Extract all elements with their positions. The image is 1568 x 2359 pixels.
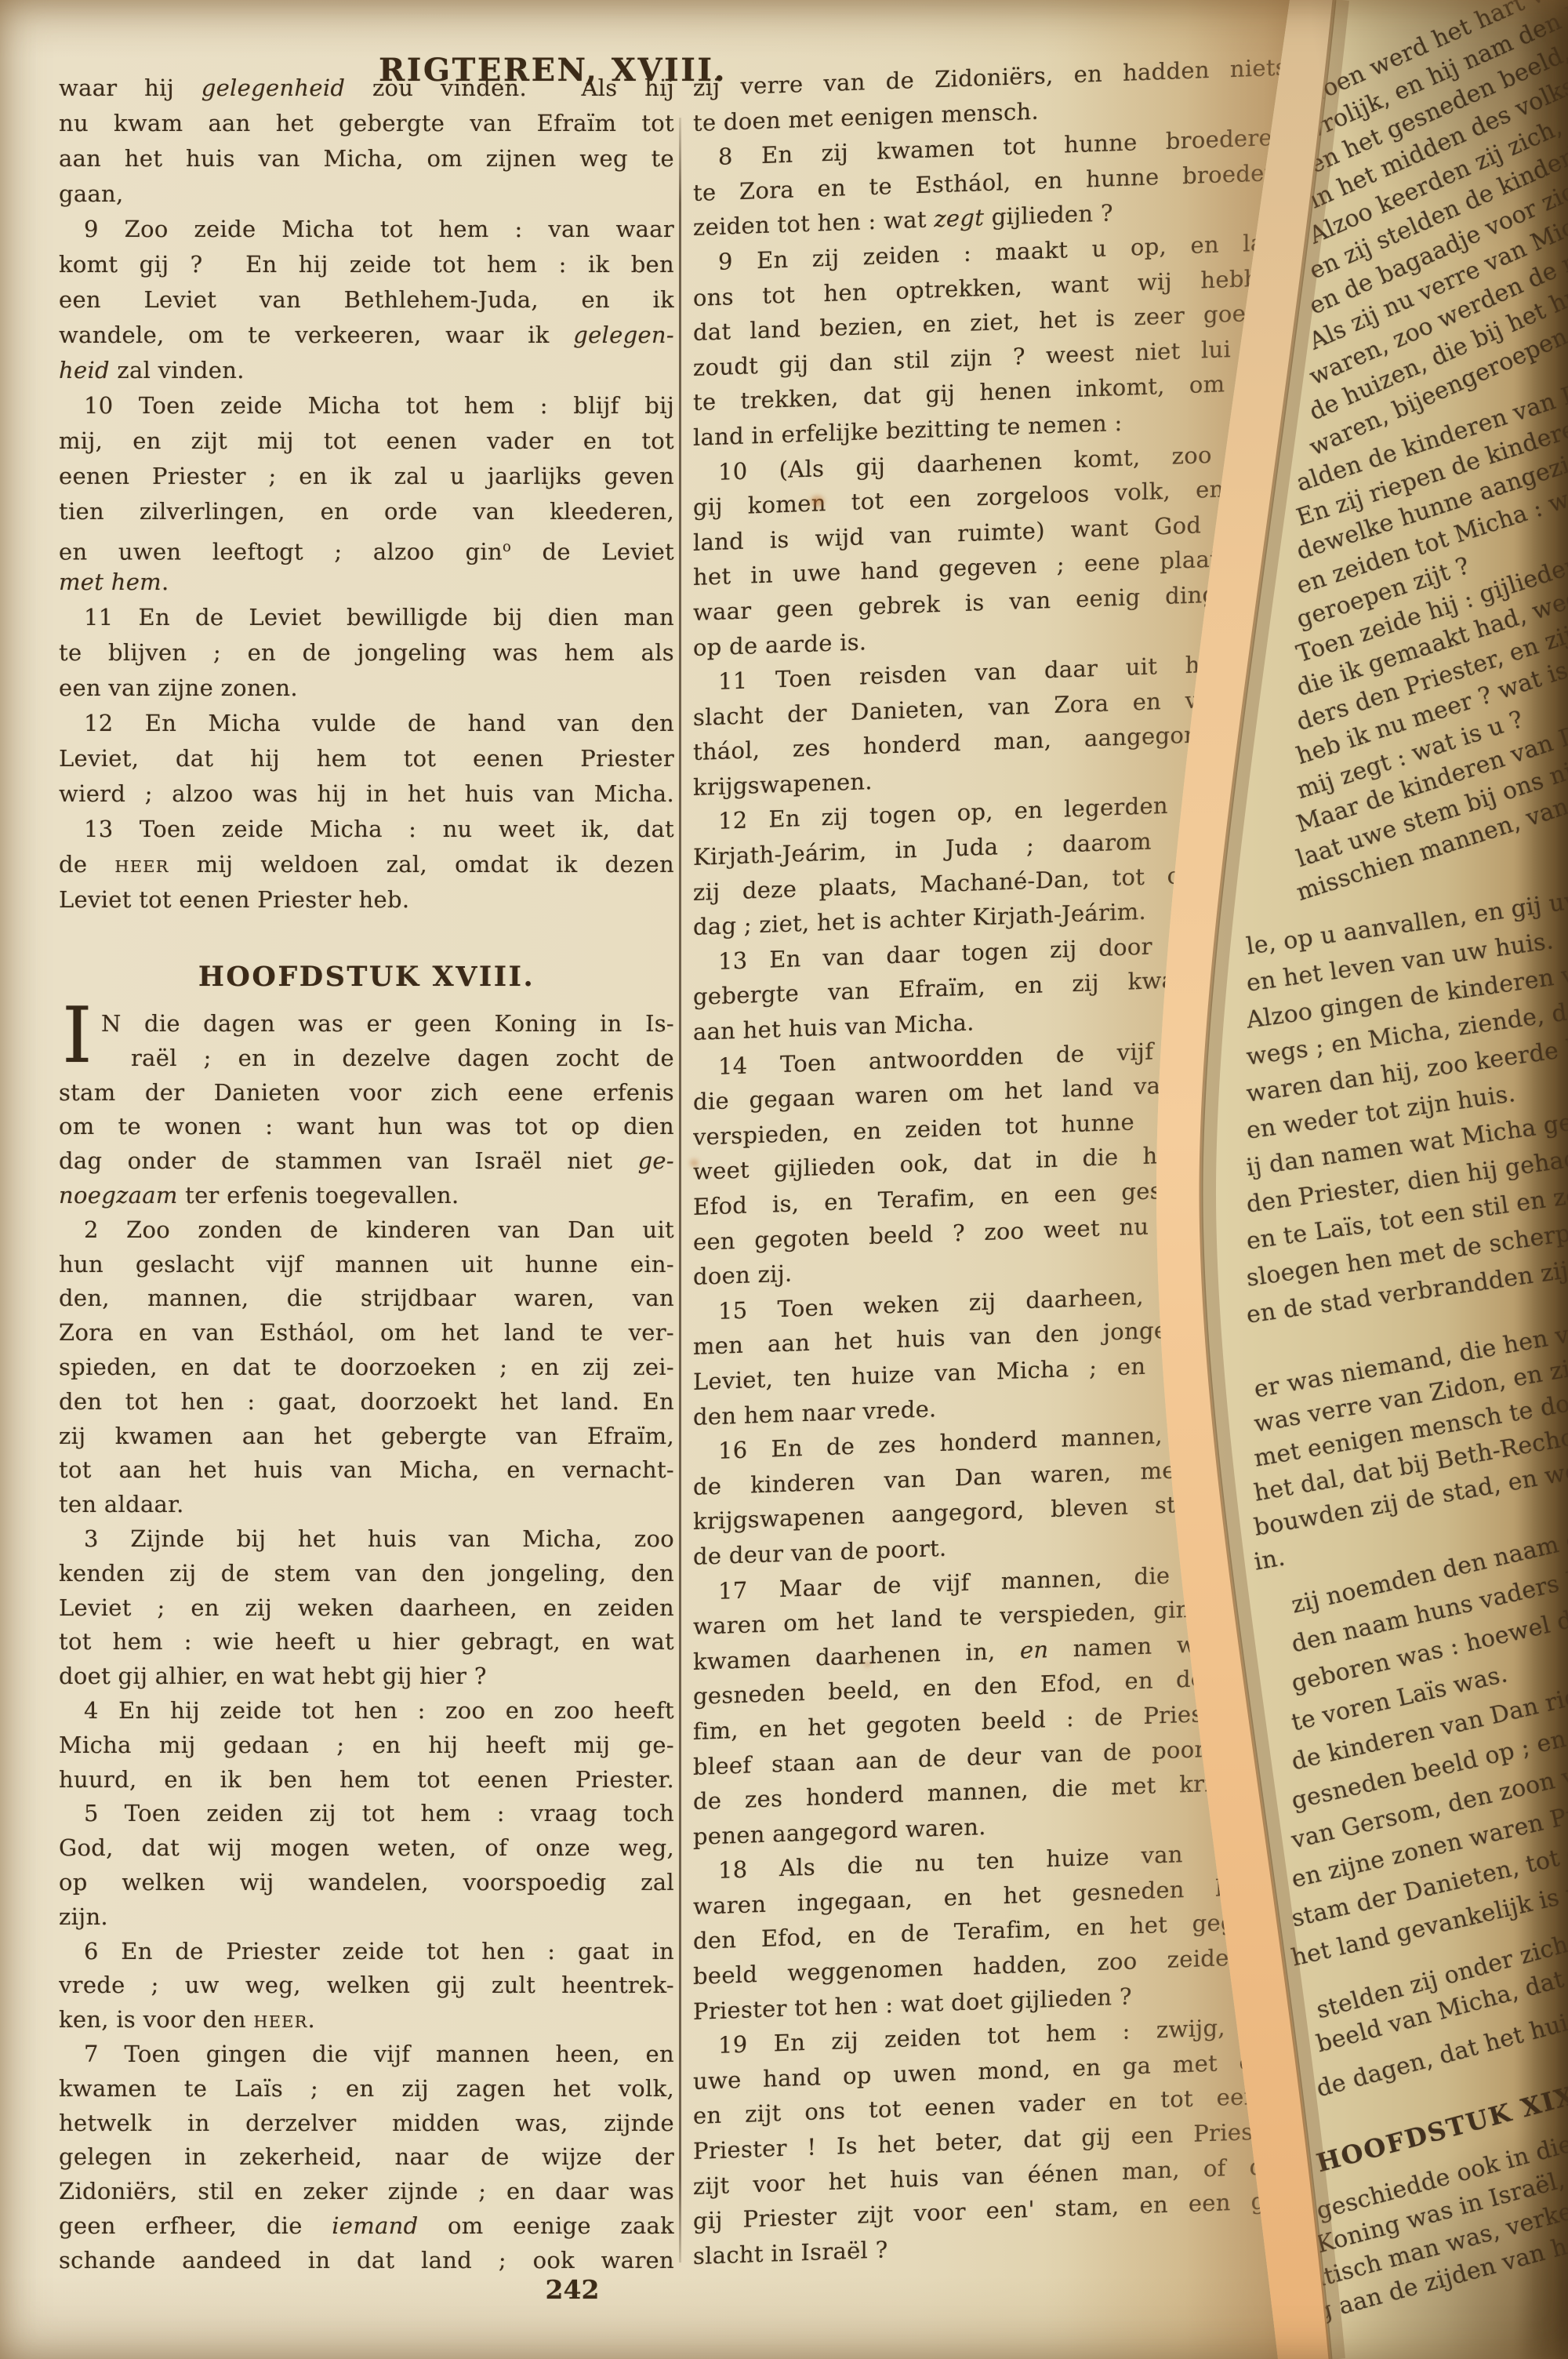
text-line: wierd ; alzoo was hij in het huis van Mi… [59, 776, 674, 812]
facing-top-line: in het midden des volks. [1305, 69, 1568, 214]
facing-upper-line: heb ik nu meer ? wat is het dan, da [1294, 612, 1568, 770]
facing-upper-line: misschien mannen, van bittere [1294, 765, 1568, 907]
facing-upper-line: ders den Priester, en zijt weggegaan [1294, 572, 1568, 736]
facing-top-line: Toen werd het hart van den Pr [1305, 0, 1568, 108]
text-line: Leviet ; en zij weken daarheen, en zeide… [59, 1591, 674, 1626]
text-line: den tot hen : gaat, doorzoekt het land. … [59, 1385, 674, 1419]
page-number: 242 [539, 2274, 605, 2305]
text-line: een Leviet van Bethlehem-Juda, en ik [59, 282, 674, 318]
text-line: stam der Danieten voor zich eene erfenis [59, 1076, 674, 1110]
facing-bottom-line: Koning was in Israël, dat er [1313, 2146, 1568, 2259]
facing-lower-line: en zijne zonen waren Priesters [1289, 1783, 1568, 1894]
text-line: hun geslacht vijf mannen uit hunne ein- [59, 1248, 674, 1282]
facing-middle-line: en de stad verbrandden zij met [1245, 1249, 1568, 1329]
text-line: zijn. [59, 1900, 674, 1935]
text-line: tien zilverlingen, en orde van kleederen… [59, 494, 674, 529]
left-column-upper-lines: waar hij gelegenheid zou vinden. Als hij… [59, 71, 674, 918]
right-text-column: zij verre van de Zidoniërs, en hadden ni… [693, 50, 1287, 2274]
facing-lower-line: de kinderen van Dan rigtten voor [1289, 1658, 1568, 1776]
text-line: een van zijne zonen. [59, 671, 674, 706]
facing-lower-line: te voren Laïs was. [1289, 1660, 1510, 1736]
left-text-column: waar hij gelegenheid zou vinden. Als hij… [59, 71, 674, 2277]
text-line: Micha mij gedaan ; en hij heeft mij ge- [59, 1728, 674, 1763]
facing-lower-line: zij noemden den naam der stad [1289, 1507, 1568, 1619]
text-line: op welken wij wandelen, voorspoedig zal [59, 1866, 674, 1900]
text-line: ten aldaar. [59, 1488, 674, 1522]
chapter-heading: HOOFDSTUK XVIII. [59, 958, 674, 996]
text-line: Zidoniërs, stil en zeker zijnde ; en daa… [59, 2175, 674, 2209]
text-line: noegzaam ter erfenis toegevallen. [59, 1179, 674, 1213]
facing-upper-line: alden de kinderen van Dan. [1294, 368, 1568, 497]
facing-bottom-line: geschiedde ook in die dagen, als [1313, 2096, 1568, 2225]
facing-lower-line: van Gersom, den zoon van Ma- [1289, 1743, 1568, 1855]
text-line: zij kwamen aan het gebergte van Efraïm, [59, 1419, 674, 1454]
facing-upper-line: geroepen zijt ? [1294, 552, 1473, 634]
facing-middle-line: ij dan namen wat Micha gemaak [1245, 1100, 1568, 1182]
text-line: gaan, [59, 176, 674, 212]
text-line: eenen Priester ; en ik zal u jaarlijks g… [59, 459, 674, 494]
text-line: kenden zij de stem van den jongeling, de… [59, 1557, 674, 1591]
facing-lower-line: het land gevankelijk is wegge- [1289, 1863, 1568, 1972]
drop-cap: I [62, 1002, 93, 1070]
facing-upper-line: Toen zeide hij : gijlieden hebt mijn [1294, 512, 1568, 668]
text-line: 7 Toen gingen die vijf mannen heen, en [59, 2037, 674, 2072]
text-line: N die dagen was er geen Koning in Is- [59, 1007, 674, 1041]
text-line: huurd, en ik ben hem tot eenen Priester. [59, 1763, 674, 1797]
facing-middle-line: den Priester, dien hij gehad had [1245, 1137, 1568, 1219]
facing-lower-middle-line: bouwden zij de stad, en woon- [1252, 1451, 1568, 1542]
text-line: nu kwam aan het gebergte van Efraïm tot [59, 106, 674, 141]
text-line: om te wonen : want hun was tot op dien [59, 1110, 674, 1144]
facing-upper-line: En zij riepen de kinderen van Da [1294, 382, 1568, 532]
text-line: kwamen te Laïs ; en zij zagen het volk, [59, 2072, 674, 2106]
text-line: dag onder de stammen van Israël niet ge- [59, 1144, 674, 1179]
text-line: heid zal vinden. [59, 353, 674, 388]
facing-top-line: Als zij nu verre van Micha's hui [1305, 175, 1568, 356]
facing-bottom-line: g aan de zijden van het geberg [1313, 2203, 1568, 2327]
text-line: tot hem : wie heeft u hier gebragt, en w… [59, 1625, 674, 1659]
facing-top-line: en het gesneden beeld, en h [1305, 15, 1568, 180]
facing-middle-line: Alzoo gingen de kinderen van Da [1245, 951, 1568, 1034]
left-column-lower-lines: N die dagen was er geen Koning in Is-raë… [59, 1007, 674, 2277]
facing-top-line: en de bagaadje voor zich. [1305, 169, 1568, 320]
text-line: Leviet, dat hij hem tot eenen Priester [59, 741, 674, 776]
facing-lower-middle-line: er was niemand, die hen verloste, [1252, 1305, 1568, 1403]
text-line: en uwen leeftogt ; alzoo gino de Leviet [59, 529, 674, 565]
facing-lower-middle-line: met eenigen mensch te doen ; en [1252, 1376, 1568, 1473]
facing-top-line: waren, bijeengeroepen, en zij ach [1305, 269, 1568, 461]
facing-bottom-line: itisch man was, verkeerende [1313, 2175, 1568, 2292]
facing-top-line: waren, zoo werden de mannen [1305, 214, 1568, 391]
facing-middle-line: en het leven van uw huis. [1245, 927, 1555, 998]
facing-middle-line: le, op u aanvallen, en gij uw leve [1245, 878, 1568, 960]
text-line: 12 En Micha vulde de hand van den [59, 706, 674, 741]
text-line: geen erfheer, die iemand om eenige zaak [59, 2209, 674, 2244]
text-line: raël ; en in dezelve dagen zocht de [59, 1041, 674, 1076]
text-line: schande aandeed in dat land ; ook waren [59, 2244, 674, 2278]
text-line: komt gij ? En hij zeide tot hem : ik ben [59, 247, 674, 282]
text-line: de HEER mij weldoen zal, omdat ik dezen [59, 847, 674, 882]
facing-upper-line: Maar de kinderen van Dan zeiden [1294, 685, 1568, 839]
facing-top-line: en zij stelden de kinderkens, en he [1305, 88, 1568, 285]
text-line: 3 Zijnde bij het huis van Micha, zoo [59, 1522, 674, 1557]
facing-middle-line: wegs ; en Micha, ziende, dat zij [1245, 990, 1568, 1071]
text-line: vrede ; uw weg, welken gij zult heentrek… [59, 1968, 674, 2003]
text-line: Leviet tot eenen Priester heb. [59, 882, 674, 918]
text-line: te blijven ; en de jongeling was hem als [59, 635, 674, 671]
facing-lower-line: gesneden beeld op ; en Jónathan, [1289, 1697, 1568, 1815]
facing-top-line: de huizen, die bij het huis va [1305, 259, 1568, 426]
facing-top-line: vrolijk, en hij nam den Efod, en d [1305, 0, 1568, 144]
facing-upper-line: dewelke hunne aangezigten omkee [1294, 407, 1568, 565]
text-line: 13 Toen zeide Micha : nu weet ik, dat [59, 812, 674, 847]
text-line: hetwelk in derzelver midden was, zijnde [59, 2106, 674, 2141]
facing-upper-line: mij zegt : wat is u ? [1294, 705, 1527, 805]
running-header: RIGTEREN, XVIII. [298, 52, 808, 89]
facing-middle-line: en te Laïs, tot een stil en zeker [1245, 1176, 1568, 1256]
text-line: wandele, om te verkeeren, waar ik gelege… [59, 318, 674, 353]
facing-top-line: Alzoo keerden zij zich, en toge [1305, 74, 1568, 250]
text-line: 10 Toen zeide Micha tot hem : blijf bij [59, 388, 674, 423]
text-line: gelegen in zekerheid, naar de wijze der [59, 2140, 674, 2175]
text-line: met hem. [59, 565, 674, 600]
facing-upper-line: die ik gemaakt had, weggenomen [1294, 550, 1568, 702]
text-line: doet gij alhier, en wat hebt gij hier ? [59, 1659, 674, 1694]
text-line: mij, en zijt mij tot eenen vader en tot [59, 423, 674, 459]
facing-lower-line: geboren was : hoewel de naam [1289, 1587, 1568, 1698]
facing-bottom-line: beeld van Micha, dat hij gemaakt [1313, 1927, 1568, 2059]
text-line: aan het huis van Micha, om zijnen weg te [59, 141, 674, 176]
text-line: ken, is voor den HEER. [59, 2003, 674, 2037]
text-line: spieden, en dat te doorzoeken ; en zij z… [59, 1350, 674, 1385]
facing-middle-line: waren dan hij, zoo keerde hij om [1245, 1026, 1568, 1108]
facing-lower-line: stam der Danieten, tot den dag [1289, 1821, 1568, 1933]
text-line: 4 En hij zeide tot hen : zoo en zoo heef… [59, 1694, 674, 1728]
text-line: 11 En de Leviet bewilligde bij dien man [59, 600, 674, 635]
text-line: 6 En de Priester zeide tot hen : gaat in [59, 1935, 674, 1969]
facing-upper-line: laat uwe stem bij ons niet hooren [1294, 721, 1568, 872]
column-divider-rule [679, 118, 681, 2263]
facing-bottom-line: stelden zij onder zich het ge- [1313, 1906, 1568, 2024]
facing-bottom-line: de dagen, dat het huis Gods te Silo [1313, 1966, 1568, 2103]
facing-middle-line: sloegen hen met de scherpte des [1245, 1209, 1568, 1292]
facing-upper-line: en zeiden tot Micha : wat is u, dat g [1294, 438, 1568, 600]
facing-bottom-line: HOOFDSTUK XIX. [1313, 2077, 1568, 2178]
text-line: 2 Zoo zonden de kinderen van Dan uit [59, 1213, 674, 1248]
book-page-photo: { "page": { "running_header": "RIGTEREN,… [0, 0, 1568, 2359]
facing-lower-middle-line: het dal, dat bij Beth-Rechob is. [1252, 1415, 1568, 1507]
text-line: Zora en van Estháol, om het land te ver- [59, 1316, 674, 1350]
text-line: God, dat wij mogen weten, of onze weg, [59, 1831, 674, 1866]
text-line: 9 Zoo zeide Micha tot hem : van waar [59, 212, 674, 247]
facing-lower-line: den naam huns vaders Dan, die [1289, 1546, 1568, 1659]
text-line: 5 Toen zeiden zij tot hem : vraag toch [59, 1797, 674, 1831]
text-line: den, mannen, die strijdbaar waren, van [59, 1281, 674, 1316]
facing-lower-middle-line: was verre van Zidon, en zij had- [1252, 1343, 1568, 1438]
text-line: tot aan het huis van Micha, en vernacht- [59, 1453, 674, 1488]
